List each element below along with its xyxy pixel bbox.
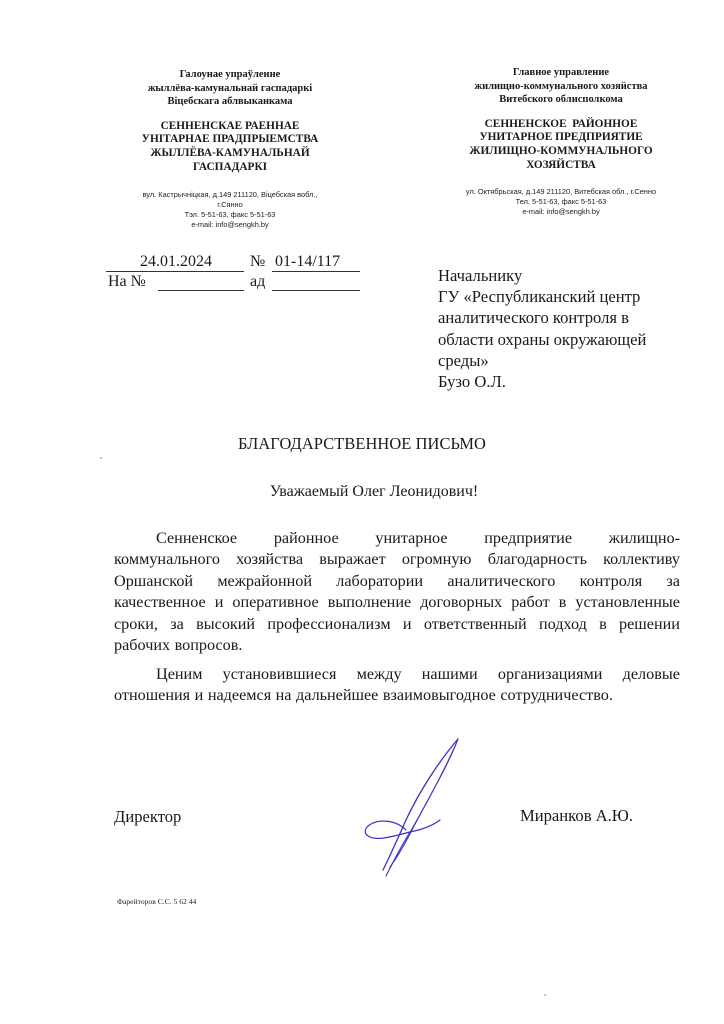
text-line: Галоунае упраўленне (108, 68, 352, 82)
letterhead-right-org-name: СЕННЕНСКОЕ РАЙОННОЕ УНИТАРНОЕ ПРЕДПРИЯТИ… (432, 118, 690, 173)
text-line: ЖЫЛЛЁВА-КАМУНАЛЬНАЙ (108, 147, 352, 161)
word: качественное (114, 592, 206, 613)
paragraph-line: Ценимустановившиесямеждунашимиорганизаци… (114, 664, 680, 685)
word: Сенненское (156, 528, 237, 549)
text-line: УНІТАРНАЕ ПРАДПРЫЕМСТВА (108, 133, 352, 147)
signatory-position: Директор (114, 807, 181, 827)
phone-line: Тел. 5-51-63, факс 5-51-63 (432, 197, 690, 207)
word: и (403, 614, 412, 635)
body-paragraph-1: Сенненскоерайонноеунитарноепредприятиежи… (114, 528, 680, 656)
word: установленные (575, 592, 680, 613)
word: Ценим (156, 664, 202, 685)
letter-title: БЛАГОДАРСТВЕННОЕ ПИСЬМО (0, 434, 724, 454)
number-underline (272, 271, 360, 272)
letterhead-right-contact: ул. Октябрьская, д.149 211120, Витебская… (432, 187, 690, 218)
word: между (357, 664, 402, 685)
word: и (195, 685, 204, 706)
email-line: e-mail: info@sengkh.by (108, 220, 352, 230)
word: решении (619, 614, 680, 635)
word: дальнейшее (296, 685, 378, 706)
text-line: СЕННЕНСКОЕ РАЙОННОЕ (432, 118, 690, 132)
word: аналитического (447, 571, 555, 592)
paragraph-line: рабочихвопросов. (114, 635, 680, 656)
number-label: № (250, 253, 265, 271)
address-line: вул. Кастрычніцкая, д.149 211120, Віцебс… (108, 190, 352, 200)
word: благодарность (488, 549, 587, 570)
word: сотрудничество. (500, 685, 613, 706)
word: договорных (420, 592, 502, 613)
from-label: ад (250, 273, 265, 291)
letterhead-left: Галоунае упраўленне жыллёва-камунальнай … (108, 68, 352, 231)
word: и (215, 592, 224, 613)
scan-speck (100, 457, 102, 459)
word: отношения (114, 685, 190, 706)
word: работ (511, 592, 549, 613)
letterhead-right: Главное управление жилищно-коммунального… (432, 66, 690, 217)
signature-strokes (365, 739, 458, 876)
word: подход (539, 614, 587, 635)
word: жилищно- (609, 528, 680, 549)
salutation: Уважаемый Олег Леонидович! (0, 483, 724, 501)
reply-to-underline (158, 290, 244, 291)
paragraph-line: коммунальногохозяйствавыражаетогромнуюбл… (114, 549, 680, 570)
word: огромную (402, 549, 472, 570)
text-line: СЕННЕНСКАЕ РАЕННАЕ (108, 120, 352, 134)
date-underline (106, 271, 244, 272)
word: ответственный (424, 614, 527, 635)
text-line: Витебского облисполкома (432, 93, 690, 107)
word: хозяйства (236, 549, 303, 570)
word: за (666, 571, 680, 592)
word: районное (274, 528, 339, 549)
word: оперативное (232, 592, 318, 613)
paragraph-line: качественноеиоперативноевыполнениедогово… (114, 592, 680, 613)
word: вопросов. (175, 635, 243, 656)
text-line: ХОЗЯЙСТВА (432, 159, 690, 173)
word: коллективу (603, 549, 680, 570)
paragraph-line: Оршанскоймежрайоннойлабораториианалитиче… (114, 571, 680, 592)
text-line: жилищно-коммунального хозяйства (432, 80, 690, 94)
phone-line: Тэл. 5-51-63, факс 5-51-63 (108, 210, 352, 220)
letterhead-left-contact: вул. Кастрычніцкая, д.149 211120, Віцебс… (108, 190, 352, 231)
text-line: Віцебскага аблвыканкама (108, 95, 352, 109)
addressee-org-line: области охраны окружающей (438, 329, 688, 350)
addressee-position: Начальнику (438, 265, 688, 286)
document-number: 01-14/117 (272, 253, 363, 271)
letterhead-right-ministry: Главное управление жилищно-коммунального… (432, 66, 690, 107)
word: профессионализм (267, 614, 390, 635)
word: организациями (498, 664, 603, 685)
word: Оршанской (114, 571, 193, 592)
word: контроля (580, 571, 643, 592)
word: в (599, 614, 607, 635)
word: высокий (196, 614, 255, 635)
text-line: ГАСПАДАРКІ (108, 161, 352, 175)
word: межрайонной (217, 571, 312, 592)
word: в (559, 592, 567, 613)
text-line: ЖИЛИЩНО-КОММУНАЛЬНОГО (432, 145, 690, 159)
addressee-org-line: среды» (438, 350, 688, 371)
word: выполнение (328, 592, 412, 613)
executor-contact: Фарейторов С.С. 5 62 44 (117, 897, 196, 906)
word: за (170, 614, 184, 635)
word: сроки, (114, 614, 158, 635)
paragraph-line: сроки,завысокийпрофессионализмиответстве… (114, 614, 680, 635)
address-line: ул. Октябрьская, д.149 211120, Витебская… (432, 187, 690, 197)
scan-speck (563, 322, 565, 324)
addressee-org-line: аналитического контроля в (438, 307, 688, 328)
word: рабочих (114, 635, 170, 656)
word: предприятие (484, 528, 572, 549)
word: взаимовыгодное (383, 685, 496, 706)
addressee-org-line: ГУ «Республиканский центр (438, 286, 688, 307)
email-line: e-mail: info@sengkh.by (432, 207, 690, 217)
paragraph-line: Сенненскоерайонноеунитарноепредприятиежи… (114, 528, 680, 549)
addressee-block: Начальнику ГУ «Республиканский центр ана… (438, 265, 688, 392)
text-line: Главное управление (432, 66, 690, 80)
body-paragraph-2: Ценимустановившиесямеждунашимиорганизаци… (114, 664, 680, 707)
word: лаборатории (336, 571, 423, 592)
addressee-name: Бузо О.Л. (438, 371, 688, 392)
paragraph-line: отношенияинадеемсянадальнейшеевзаимовыго… (114, 685, 680, 706)
city-line: г.Сянно (108, 200, 352, 210)
reply-to-label: На № (108, 273, 146, 291)
letterhead-left-ministry: Галоунае упраўленне жыллёва-камунальнай … (108, 68, 352, 109)
scan-speck (544, 994, 546, 996)
word: выражает (319, 549, 385, 570)
word: установившиеся (223, 664, 337, 685)
signatory-name: Миранков А.Ю. (520, 806, 633, 826)
text-line: жыллёва-камунальнай гаспадаркі (108, 82, 352, 96)
handwritten-signature (340, 730, 480, 885)
word: надеемся (208, 685, 271, 706)
word: на (276, 685, 292, 706)
word: коммунального (114, 549, 220, 570)
from-underline (272, 290, 360, 291)
word: деловые (623, 664, 680, 685)
word: унитарное (375, 528, 447, 549)
word: нашими (422, 664, 478, 685)
letterhead-left-org-name: СЕННЕНСКАЕ РАЕННАЕ УНІТАРНАЕ ПРАДПРЫЕМСТ… (108, 120, 352, 175)
document-date: 24.01.2024 (108, 253, 244, 271)
text-line: УНИТАРНОЕ ПРЕДПРИЯТИЕ (432, 131, 690, 145)
